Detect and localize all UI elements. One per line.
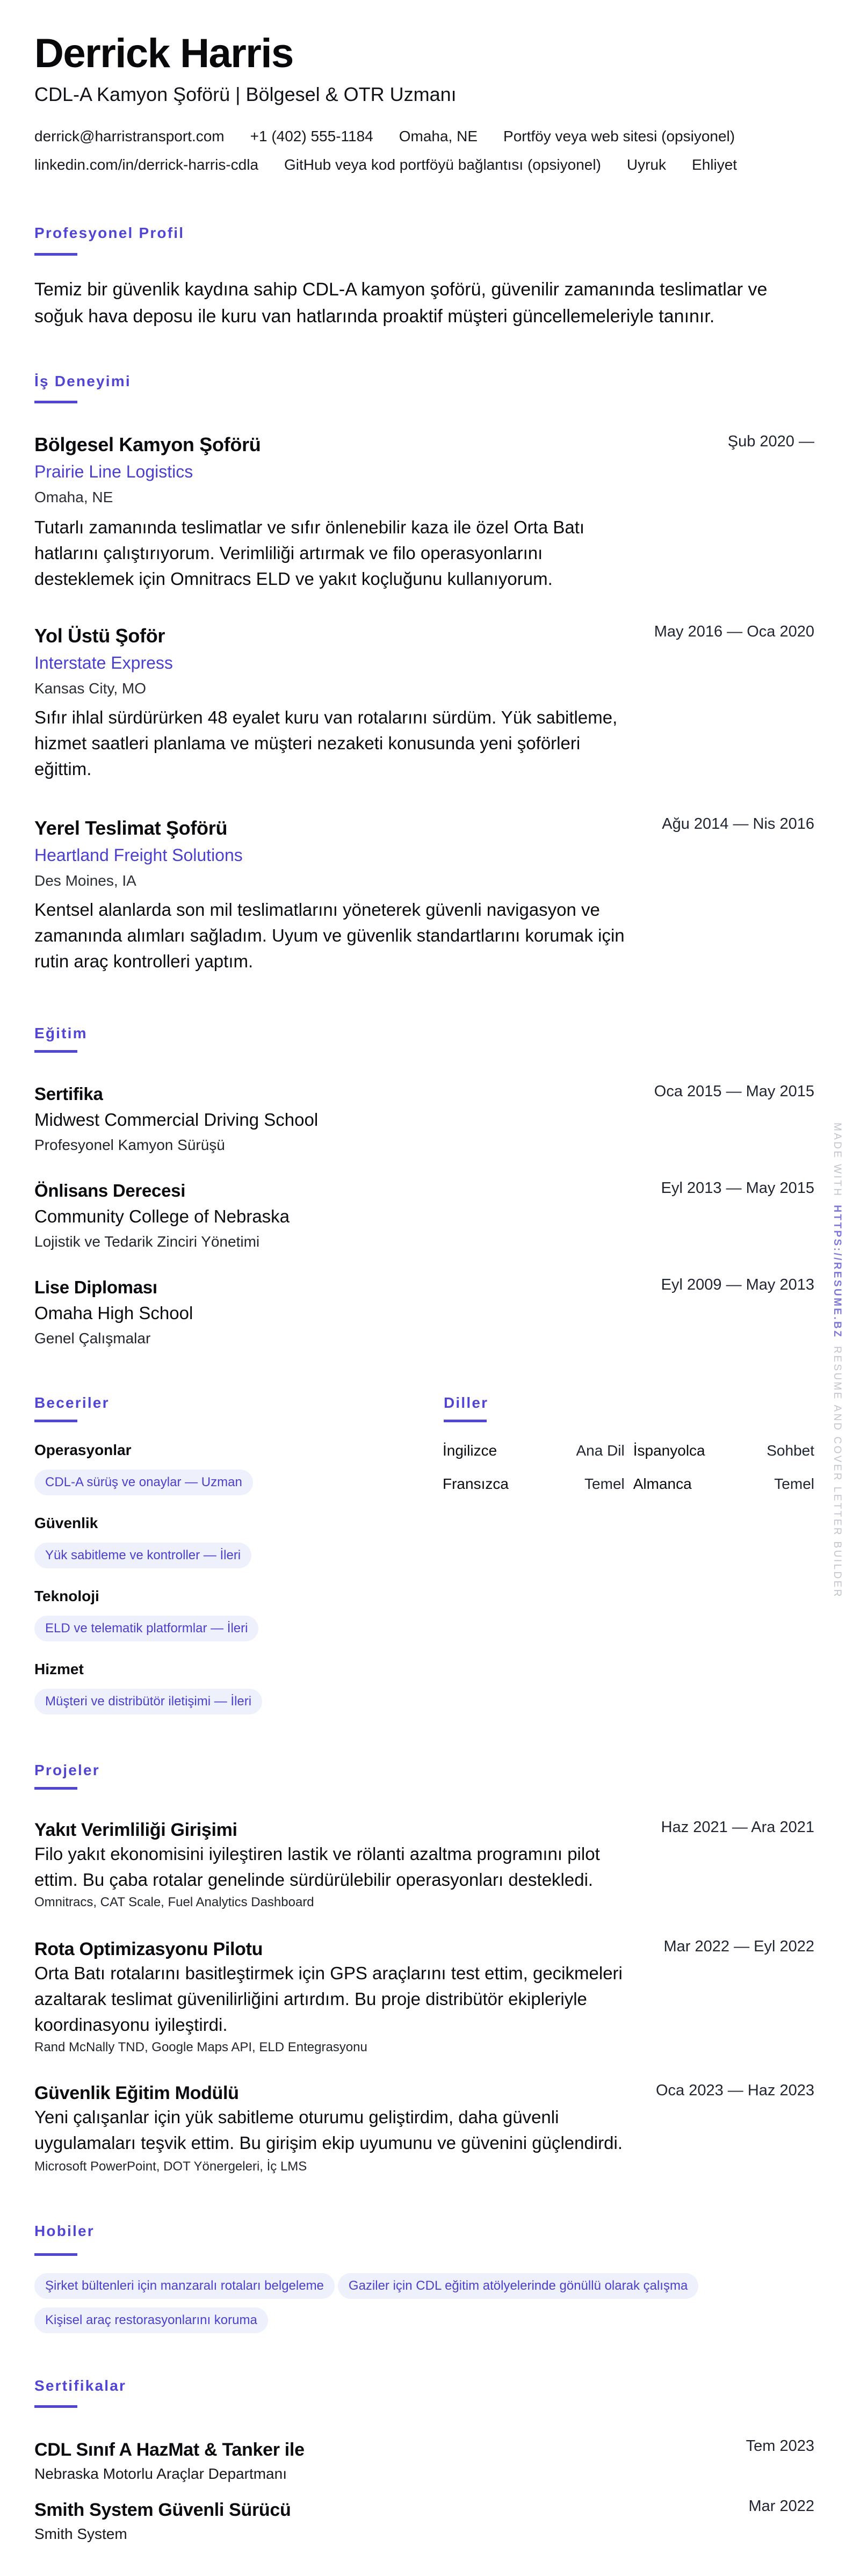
certification-date: Tem 2023 [746,2438,814,2454]
project-dates: Oca 2023 — Haz 2023 [656,2083,814,2099]
education-field: Lojistik ve Tedarik Zinciri Yönetimi [34,1234,259,1249]
language-level: Temel [576,1475,624,1493]
hobby-pill: Gaziler için CDL eğitim atölyelerinde gö… [338,2273,698,2299]
language-name: Fransızca [443,1475,567,1493]
job-company: Heartland Freight Solutions [34,846,243,864]
project-description: Yeni çalışanlar için yük sabitleme oturu… [34,2104,641,2156]
job-company: Prairie Line Logistics [34,463,193,480]
language-name: İspanyolca [633,1442,758,1460]
job-title: Yerel Teslimat Şoförü [34,819,227,838]
project-description: Orta Batı rotalarını basitleştirmek için… [34,1960,631,2038]
skill-pill: Müşteri ve distribütör iletişimi — İleri [34,1689,262,1714]
section-title-experience: İş Deneyimi [34,374,131,389]
job-description: Sıfır ihlal sürdürürken 48 eyalet kuru v… [34,705,625,782]
watermark-suffix: RESUME AND COVER LETTER BUILDER [832,1346,843,1598]
contact-website[interactable]: Portföy veya web sitesi (opsiyonel) [503,129,735,144]
skill-pill: ELD ve telematik platformlar — İleri [34,1616,258,1641]
project-name: Rota Optimizasyonu Pilotu [34,1940,263,1958]
project-tech: Omnitracs, CAT Scale, Fuel Analytics Das… [34,1896,314,1909]
builder-watermark: MADE WITHHTTPS://RESUME.BZRESUME AND COV… [830,1123,843,1552]
contact-row-2: linkedin.com/in/derrick-harris-cdla GitH… [34,157,737,172]
language-level: Sohbet [767,1442,814,1460]
section-title-languages: Diller [444,1395,488,1410]
candidate-headline: CDL-A Kamyon Şoförü | Bölgesel & OTR Uzm… [34,85,457,104]
contact-phone[interactable]: +1 (402) 555-1184 [250,129,373,144]
candidate-name: Derrick Harris [34,33,293,74]
certification-date: Mar 2022 [748,2499,814,2514]
section-divider [34,401,77,403]
project-description: Filo yakıt ekonomisini iyileştiren lasti… [34,1841,625,1893]
section-title-projects: Projeler [34,1763,100,1778]
language-name: İngilizce [443,1442,567,1460]
project-name: Yakıt Verimliliği Girişimi [34,1821,237,1839]
skill-pill: Yük sabitleme ve kontroller — İleri [34,1543,251,1568]
education-field: Genel Çalışmalar [34,1331,150,1346]
language-level: Temel [767,1475,814,1493]
certification-name: CDL Sınıf A HazMat & Tanker ile [34,2441,305,2459]
project-dates: Mar 2022 — Eyl 2022 [664,1939,814,1955]
certification-issuer: Nebraska Motorlu Araçlar Departmanı [34,2466,287,2481]
hobby-pill: Şirket bültenleri için manzaralı rotalar… [34,2273,335,2299]
education-school: Community College of Nebraska [34,1207,290,1225]
language-level: Ana Dil [576,1442,624,1460]
job-description: Tutarlı zamanında teslimatlar ve sıfır ö… [34,515,636,592]
job-description: Kentsel alanlarda son mil teslimatlarını… [34,897,631,974]
job-title: Yol Üstü Şoför [34,626,165,646]
job-location: Kansas City, MO [34,681,146,696]
education-degree: Önlisans Derecesi [34,1182,185,1199]
section-divider [34,253,77,256]
job-dates: Ağu 2014 — Nis 2016 [662,816,814,832]
hobbies-list: Şirket bültenleri için manzaralı rotalar… [34,2273,814,2333]
education-dates: Oca 2015 — May 2015 [654,1084,814,1099]
section-title-skills: Beceriler [34,1395,110,1410]
contact-row-1: derrick@harristransport.com +1 (402) 555… [34,129,735,144]
education-degree: Sertifika [34,1085,103,1103]
section-divider [444,1420,487,1422]
job-dates: Şub 2020 — [728,434,814,450]
section-title-education: Eğitim [34,1026,88,1041]
section-title-hobbies: Hobiler [34,2224,95,2239]
certification-name: Smith System Güvenli Sürücü [34,2501,291,2519]
contact-nationality: Uyruk [627,157,666,172]
project-tech: Rand McNally TND, Google Maps API, ELD E… [34,2041,367,2054]
project-tech: Microsoft PowerPoint, DOT Yönergeleri, İ… [34,2160,307,2173]
contact-location: Omaha, NE [399,129,478,144]
contact-email[interactable]: derrick@harristransport.com [34,129,225,144]
education-school: Omaha High School [34,1304,193,1322]
watermark-prefix: MADE WITH [832,1123,843,1197]
section-title-certifications: Sertifikalar [34,2378,126,2393]
section-divider [34,1050,77,1053]
contact-license: Ehliyet [692,157,737,172]
profile-summary: Temiz bir güvenlik kaydına sahip CDL-A k… [34,276,797,330]
skill-group-name: Güvenlik [34,1516,98,1531]
education-dates: Eyl 2013 — May 2015 [661,1181,814,1196]
job-company: Interstate Express [34,654,173,671]
job-title: Bölgesel Kamyon Şoförü [34,435,261,454]
section-divider [34,1420,77,1422]
job-location: Des Moines, IA [34,873,136,888]
section-title-profile: Profesyonel Profil [34,226,184,241]
skill-group-name: Teknoloji [34,1589,99,1604]
section-divider [34,2405,77,2408]
skill-group-name: Operasyonlar [34,1443,132,1458]
education-school: Midwest Commercial Driving School [34,1111,318,1128]
education-field: Profesyonel Kamyon Sürüşü [34,1138,225,1153]
language-name: Almanca [633,1475,758,1493]
languages-list: İngilizce Ana Dil İspanyolca Sohbet Fran… [443,1442,814,1493]
section-divider [34,1787,77,1790]
job-location: Omaha, NE [34,490,113,505]
skill-group-name: Hizmet [34,1662,84,1677]
certification-issuer: Smith System [34,2527,127,2542]
contact-linkedin[interactable]: linkedin.com/in/derrick-harris-cdla [34,157,258,172]
education-dates: Eyl 2009 — May 2013 [661,1277,814,1293]
job-dates: May 2016 — Oca 2020 [654,624,814,640]
project-name: Güvenlik Eğitim Modülü [34,2084,239,2102]
contact-github[interactable]: GitHub veya kod portföyü bağlantısı (ops… [284,157,601,172]
skill-pill: CDL-A sürüş ve onaylar — Uzman [34,1470,253,1495]
hobby-pill: Kişisel araç restorasyonlarını koruma [34,2307,268,2333]
section-divider [34,2253,77,2256]
watermark-link[interactable]: HTTPS://RESUME.BZ [832,1205,843,1338]
education-degree: Lise Diploması [34,1278,157,1296]
project-dates: Haz 2021 — Ara 2021 [661,1820,814,1835]
